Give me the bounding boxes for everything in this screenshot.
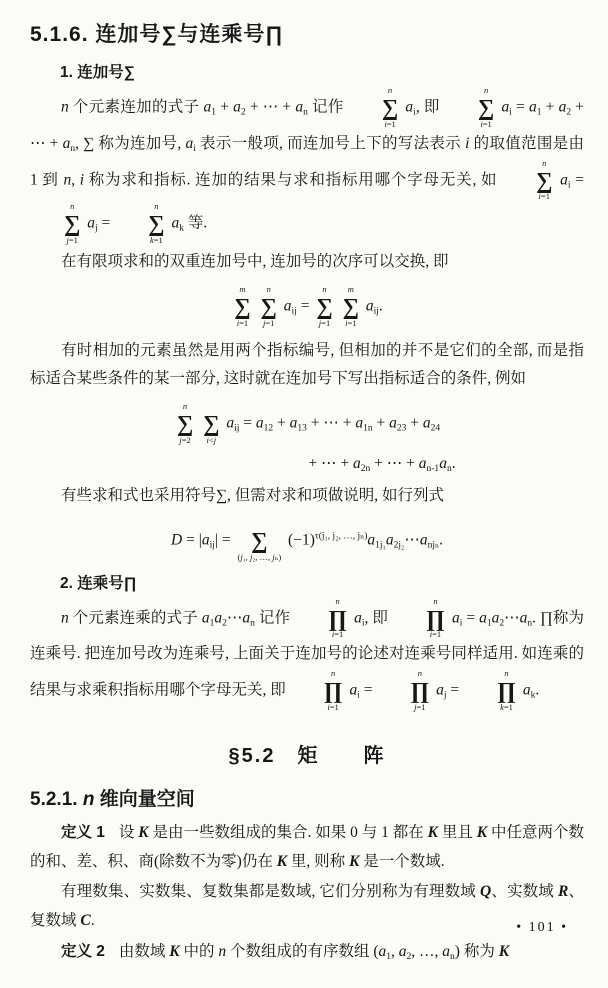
pi-lower-limit: i=1 <box>296 703 338 713</box>
sigma-lower-limit: j=1 <box>263 319 274 329</box>
page-number: • 101 • <box>516 920 568 936</box>
para-definition-1: 定义 1设 K 是由一些数组成的集合. 如果 0 与 1 都在 K 里且 K 中… <box>30 819 584 876</box>
definition-1-label: 定义 1 <box>61 824 105 841</box>
sigma-lower-limit: k=1 <box>119 236 163 246</box>
sigma-lower-limit: i=1 <box>237 319 248 329</box>
sigma-lower-limit: (j₁, j₂, …, jₙ) <box>238 553 282 563</box>
para-determinant-intro: 有些求和式也采用符号∑, 但需对求和项做说明, 如行列式 <box>30 482 584 511</box>
sigma-lower-limit: j=1 <box>35 236 77 246</box>
sigma-lower-limit: i=1 <box>353 120 395 130</box>
book-page: 5.1.6. 连加号∑与连乘号∏ 1. 连加号∑ n 个元素连加的式子 a1 +… <box>0 0 608 988</box>
definition-2-text: 由数域 K 中的 n 个数组成的有序数组 (a1, a2, …, an) 称为 … <box>119 943 509 960</box>
definition-2-label: 定义 2 <box>61 943 105 960</box>
para-double-sum-intro: 在有限项求和的双重连加号中, 连加号的次序可以交换, 即 <box>30 248 584 277</box>
pi-lower-limit: i=1 <box>399 630 441 640</box>
pi-lower-limit: k=1 <box>469 703 513 713</box>
sigma-lower-limit: i=1 <box>508 192 550 202</box>
para-definition-2: 定义 2由数域 K 中的 n 个数组成的有序数组 (a1, a2, …, an)… <box>30 938 584 967</box>
section-heading-52-matrix: §5.2 矩 阵 <box>30 739 584 768</box>
para-sum-definition: n 个元素连加的式子 a1 + a2 + ⋯ + an 记作 n∑i=1 ai,… <box>30 86 584 246</box>
section-heading-516: 5.1.6. 连加号∑与连乘号∏ <box>30 18 584 48</box>
definition-1-text: 设 K 是由一些数组成的集合. 如果 0 与 1 都在 K 里且 K 中任意两个… <box>30 824 584 870</box>
sigma-lower-limit: i=1 <box>449 120 491 130</box>
pi-lower-limit: i=1 <box>301 630 343 640</box>
para-partial-sum-intro: 有时相加的元素虽然是用两个指标编号, 但相加的并不是它们的全部, 而是指标适合某… <box>30 337 584 394</box>
formula-partial-sum-line2: + ⋯ + a2n + ⋯ + an-1an. <box>30 454 584 474</box>
sigma-lower-limit: i<j <box>207 436 217 446</box>
item1-heading-sum-sign: 1. 连加号∑ <box>30 60 584 82</box>
item2-heading-product-sign: 2. 连乘号∏ <box>30 571 584 593</box>
sigma-lower-limit: j=2 <box>179 436 190 446</box>
pi-lower-limit: j=1 <box>383 703 425 713</box>
formula-partial-sum-line1: n∑j=2 ∑i<j aij = a12 + a13 + ⋯ + a1n + a… <box>30 402 584 446</box>
sigma-lower-limit: i=1 <box>345 319 356 329</box>
formula-double-sum-exchange: m∑i=1 n∑j=1 aij = n∑j=1 m∑i=1 aij. <box>30 285 584 329</box>
para-product-definition: n 个元素连乘的式子 a1a2⋯an 记作 n∏i=1 ai, 即 n∏i=1 … <box>30 597 584 713</box>
formula-determinant-expansion: D = |aij| = ∑(j₁, j₂, …, jₙ) (−1)τ(j₁, j… <box>30 519 584 563</box>
subsection-heading-521: 5.2.1. n 维向量空间 <box>30 784 584 811</box>
sigma-lower-limit: j=1 <box>319 319 330 329</box>
para-number-fields: 有理数集、实数集、复数集都是数域, 它们分别称为有理数域 Q、实数域 R、复数域… <box>30 878 584 935</box>
